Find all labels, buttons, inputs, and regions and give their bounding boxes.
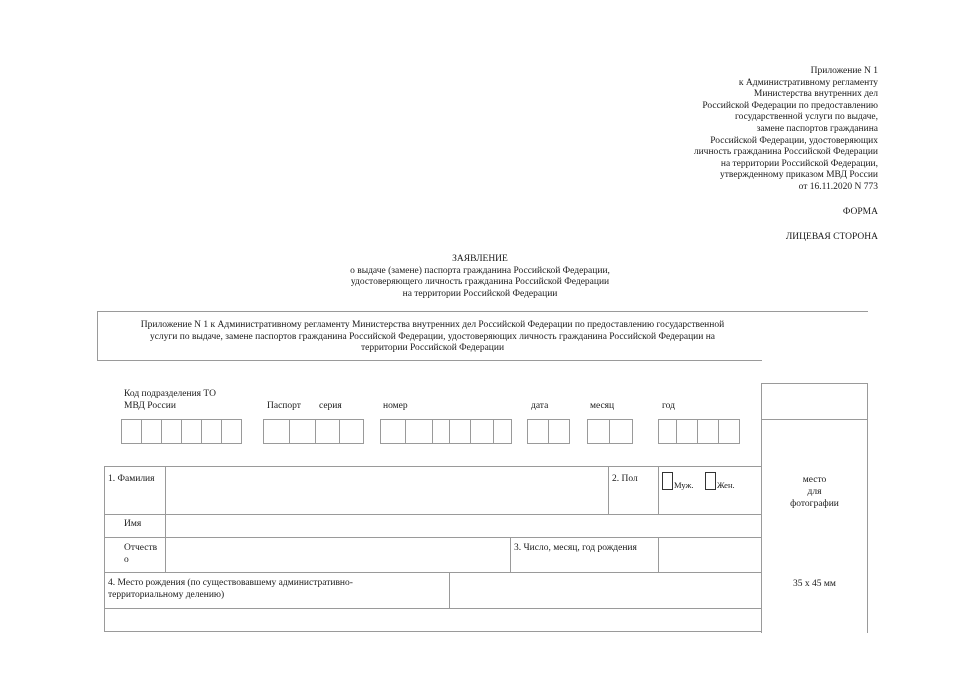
annex-left-line (97, 311, 98, 360)
side-label: ЛИЦЕВАЯ СТОРОНА (786, 232, 878, 242)
patronymic-label-2: о (124, 555, 129, 565)
birthdate-label: 3. Число, месяц, год рождения (514, 543, 637, 553)
char-cell[interactable] (340, 420, 364, 443)
table-left-line (104, 466, 105, 631)
appendix-line: Министерства внутренних дел (618, 89, 878, 101)
birthdate-field[interactable] (659, 538, 760, 572)
male-checkbox[interactable] (662, 472, 673, 490)
sex-value-col-line (658, 466, 659, 514)
char-cell[interactable] (719, 420, 740, 443)
day-label: дата (531, 401, 548, 411)
char-cell[interactable] (290, 420, 316, 443)
appendix-line: Приложение N 1 (618, 66, 878, 78)
code-label-2: МВД России (124, 401, 176, 411)
char-cell[interactable] (471, 420, 494, 443)
name-field[interactable] (166, 515, 760, 537)
annex-bottom-line (97, 360, 762, 361)
birthplace-field-continued[interactable] (105, 609, 760, 631)
appendix-line: Российской Федерации, удостоверяющих (618, 136, 878, 148)
char-cell[interactable] (316, 420, 340, 443)
photo-box-right (867, 383, 868, 633)
sex-label: 2. Пол (612, 474, 638, 484)
char-cell[interactable] (549, 420, 570, 443)
appendix-line: государственной услуги по выдаче, (618, 112, 878, 124)
series-label: серия (319, 401, 342, 411)
birthdate-label-col-line (510, 537, 511, 572)
frame-top-line (97, 311, 868, 312)
form-label: ФОРМА (843, 207, 878, 217)
table-bottom-line (104, 631, 761, 632)
month-boxes[interactable] (587, 419, 633, 444)
char-cell[interactable] (450, 420, 471, 443)
code-label: Код подразделения ТО (124, 389, 216, 399)
birthplace-field[interactable] (450, 573, 760, 608)
female-checkbox[interactable] (705, 472, 716, 490)
char-cell[interactable] (698, 420, 719, 443)
title-heading: ЗАЯВЛЕНИЕ (280, 254, 680, 266)
char-cell[interactable] (659, 420, 677, 443)
char-cell[interactable] (610, 420, 633, 443)
title-line: удостоверяющего личность гражданина Росс… (280, 277, 680, 289)
year-label: год (662, 401, 675, 411)
char-cell[interactable] (162, 420, 182, 443)
char-cell[interactable] (588, 420, 610, 443)
appendix-line: Российской Федерации по предоставлению (618, 101, 878, 113)
patronymic-field[interactable] (166, 538, 510, 572)
char-cell[interactable] (264, 420, 290, 443)
patronymic-label: Отчеств (124, 543, 157, 553)
title-line: о выдаче (замене) паспорта гражданина Ро… (280, 266, 680, 278)
char-cell[interactable] (494, 420, 512, 443)
char-cell[interactable] (142, 420, 162, 443)
char-cell[interactable] (202, 420, 222, 443)
appendix-line: личность гражданина Российской Федерации (618, 147, 878, 159)
division-code-boxes[interactable] (121, 419, 242, 444)
birthplace-label-2: территориальному делению) (108, 590, 224, 600)
title-line: на территории Российской Федерации (280, 289, 680, 301)
char-cell[interactable] (222, 420, 242, 443)
char-cell[interactable] (433, 420, 450, 443)
appendix-header: Приложение N 1 к Административному регла… (618, 66, 878, 194)
appendix-line: от 16.11.2020 N 773 (618, 182, 878, 194)
char-cell[interactable] (528, 420, 549, 443)
appendix-line: утвержденному приказом МВД России (618, 170, 878, 182)
char-cell[interactable] (677, 420, 698, 443)
appendix-line: на территории Российской Федерации, (618, 159, 878, 171)
char-cell[interactable] (381, 420, 406, 443)
number-label: номер (383, 401, 408, 411)
document-title: ЗАЯВЛЕНИЕ о выдаче (замене) паспорта гра… (280, 254, 680, 300)
sex-label-col-line (608, 466, 609, 514)
char-cell[interactable] (182, 420, 202, 443)
char-cell[interactable] (122, 420, 142, 443)
surname-field[interactable] (166, 467, 608, 514)
passport-series-boxes[interactable] (263, 419, 364, 444)
form-annex-text: Приложение N 1 к Административному регла… (100, 320, 765, 355)
year-boxes[interactable] (658, 419, 740, 444)
day-boxes[interactable] (527, 419, 570, 444)
photo-box-top (761, 383, 868, 384)
passport-number-boxes[interactable] (380, 419, 512, 444)
birthplace-label: 4. Место рождения (по существовавшему ад… (108, 578, 353, 588)
appendix-line: замене паспортов гражданина (618, 124, 878, 136)
name-label: Имя (124, 519, 141, 529)
surname-label: 1. Фамилия (108, 474, 155, 484)
passport-label: Паспорт (267, 401, 301, 411)
sex-female-option[interactable]: Жен. (705, 472, 735, 490)
photo-box-divider (761, 419, 868, 420)
appendix-line: к Административному регламенту (618, 78, 878, 90)
photo-placeholder: место для фотографии (762, 474, 867, 510)
photo-size: 35 x 45 мм (762, 578, 867, 590)
month-label: месяц (590, 401, 614, 411)
char-cell[interactable] (406, 420, 433, 443)
sex-male-option[interactable]: Муж. (662, 472, 693, 490)
